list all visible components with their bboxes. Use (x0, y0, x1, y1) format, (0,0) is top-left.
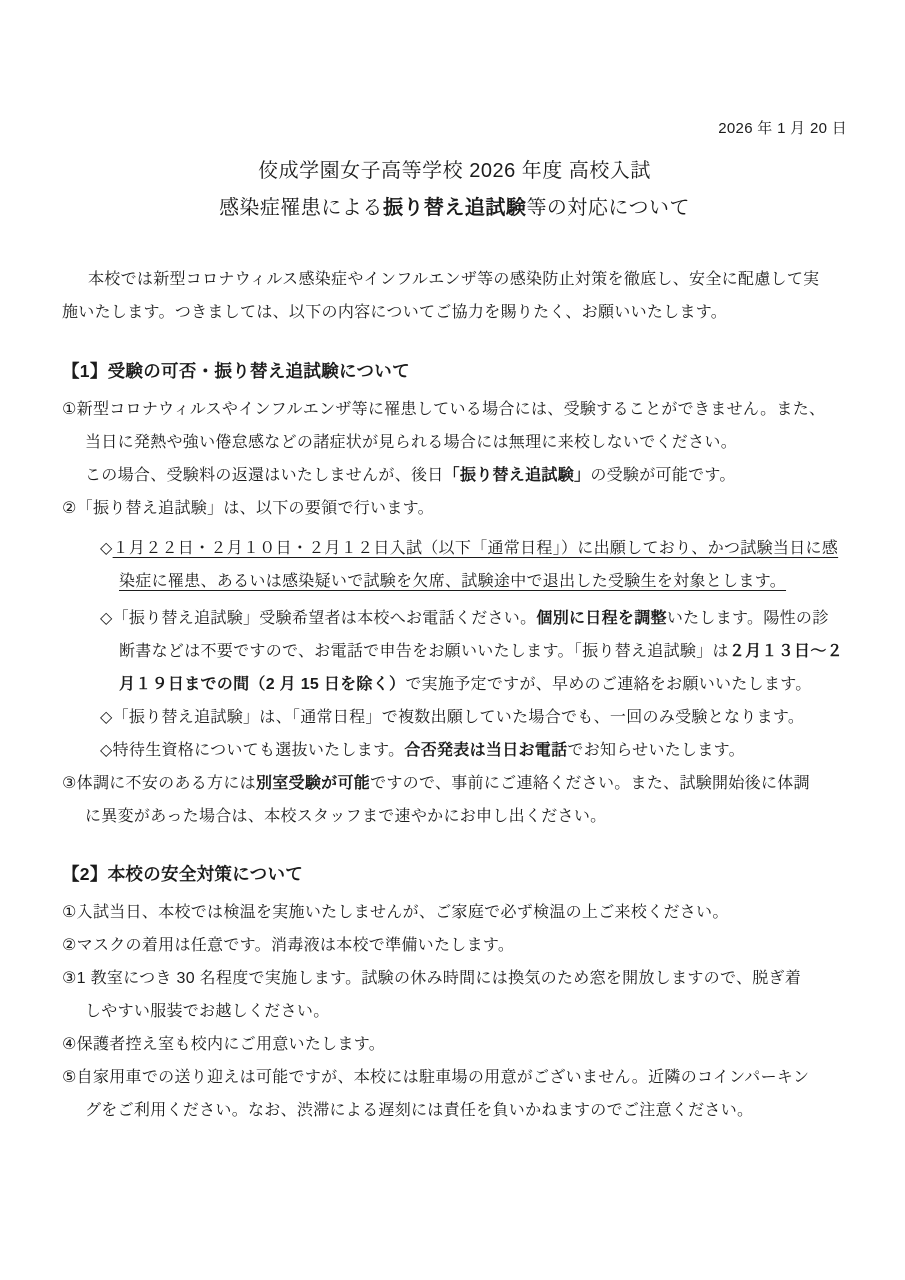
text-segment: この場合、受験料の返還はいたしませんが、後日 (85, 467, 444, 484)
text-segment: しやすい服装でお越しください。 (85, 1003, 330, 1020)
text-segment: ②マスクの着用は任意です。消毒液は本校で準備いたします。 (62, 937, 514, 954)
section-2-item-3-line: しやすい服装でお越しください。 (62, 995, 847, 1028)
text-segment: 【2】本校の安全対策について (62, 864, 303, 884)
text-segment: 振り替え追試験 (383, 197, 527, 219)
text-segment: ⑤自家用車での送り迎えは可能ですが、本校には駐車場の用意がございません。近隣のコ… (62, 1069, 809, 1086)
replacement-exam-application-line: 月１９日までの間（2 月 15 日を除く）で実施予定ですが、早めのご連絡をお願い… (62, 668, 847, 701)
text-segment: ですので、事前にご連絡ください。また、試験開始後に体調 (370, 775, 810, 792)
text-segment: に異変があった場合は、本校スタッフまで速やかにお申し出ください。 (85, 808, 606, 825)
document-page: 2026 年 1 月 20 日佼成学園女子高等学校 2026 年度 高校入試感染… (0, 0, 905, 1280)
intro-paragraph-line: 本校では新型コロナウィルス感染症やインフルエンザ等の感染防止対策を徹底し、安全に… (62, 263, 847, 296)
text-segment: ②「振り替え追試験」は、以下の要領で行います。 (62, 500, 434, 517)
text-segment: 施いたします。つきましては、以下の内容についてご協力を賜りたく、お願いいたします… (62, 304, 727, 321)
section-1-heading-line: 【1】受験の可否・振り替え追試験について (62, 355, 847, 388)
text-segment: ◇ (100, 540, 113, 557)
text-segment: ③体調に不安のある方には (62, 775, 256, 792)
section-1-item-2: ②「振り替え追試験」は、以下の要領で行います。 (62, 492, 847, 525)
text-segment: ◇特待生資格についても選抜いたします。 (100, 742, 404, 759)
replacement-exam-eligibility-line: ◇１月２２日・２月１０日・２月１２日入試（以下「通常日程」）に出願しており、かつ… (62, 532, 847, 565)
replacement-exam-eligibility-line: 染症に罹患、あるいは感染疑いで試験を欠席、試験途中で退出した受験生を対象とします… (62, 565, 847, 598)
text-segment: で実施予定ですが、早めのご連絡をお願いいたします。 (405, 676, 811, 693)
section-2-item-2: ②マスクの着用は任意です。消毒液は本校で準備いたします。 (62, 929, 847, 962)
text-segment: グをご利用ください。なお、渋滞による遅刻には責任を負いかねますのでご注意ください… (85, 1102, 753, 1119)
text-segment: 感染症罹患による (219, 197, 383, 219)
text-segment: 等の対応について (526, 197, 690, 219)
document-body: 2026 年 1 月 20 日佼成学園女子高等学校 2026 年度 高校入試感染… (62, 112, 847, 1127)
text-segment: 当日に発熱や強い倦怠感などの諸症状が見られる場合には無理に来校しないでください。 (85, 434, 737, 451)
text-segment: 断書などは不要ですので、お電話で申告をお願いいたします。「振り替え追試験」は (119, 643, 729, 660)
issue-date: 2026 年 1 月 20 日 (62, 112, 847, 145)
text-segment: の受験が可能です。 (590, 467, 735, 484)
text-segment: 「振り替え追試験」 (444, 467, 591, 484)
replacement-exam-application-line: 断書などは不要ですので、お電話で申告をお願いいたします。「振り替え追試験」は２月… (62, 635, 847, 668)
replacement-exam-once-only-line: ◇「振り替え追試験」は、「通常日程」で複数出願していた場合でも、一回のみ受験とな… (62, 701, 847, 734)
section-2-heading: 【2】本校の安全対策について (62, 858, 847, 891)
text-segment: ◇「振り替え追試験」受験希望者は本校へお電話ください。 (100, 610, 536, 627)
replacement-exam-application-line: ◇「振り替え追試験」受験希望者は本校へお電話ください。個別に日程を調整いたします… (62, 602, 847, 635)
section-1-item-1-line: この場合、受験料の返還はいたしませんが、後日「振り替え追試験」の受験が可能です。 (62, 459, 847, 492)
intro-paragraph-line: 施いたします。つきましては、以下の内容についてご協力を賜りたく、お願いいたします… (62, 296, 847, 329)
text-segment: ④保護者控え室も校内にご用意いたします。 (62, 1036, 385, 1053)
text-segment: いたします。陽性の診 (667, 610, 829, 627)
text-segment: ◇「振り替え追試験」は、「通常日程」で複数出願していた場合でも、一回のみ受験とな… (100, 709, 804, 726)
section-1-heading: 【1】受験の可否・振り替え追試験について (62, 355, 847, 388)
text-segment: ①新型コロナウィルスやインフルエンザ等に罹患している場合には、受験することができ… (62, 401, 825, 418)
section-2-heading-line: 【2】本校の安全対策について (62, 858, 847, 891)
section-2-item-5-line: ⑤自家用車での送り迎えは可能ですが、本校には駐車場の用意がございません。近隣のコ… (62, 1061, 847, 1094)
text-segment: 本校では新型コロナウィルス感染症やインフルエンザ等の感染防止対策を徹底し、安全に… (88, 271, 819, 288)
section-2-item-3-line: ③1 教室につき 30 名程度で実施します。試験の休み時間には換気のため窓を開放… (62, 962, 847, 995)
text-segment: 【1】受験の可否・振り替え追試験について (62, 361, 410, 381)
section-2-item-5: ⑤自家用車での送り迎えは可能ですが、本校には駐車場の用意がございません。近隣のコ… (62, 1061, 847, 1127)
text-segment: 染症に罹患、あるいは感染疑いで試験を欠席、試験途中で退出した受験生を対象とします… (119, 573, 786, 590)
section-2-item-4-line: ④保護者控え室も校内にご用意いたします。 (62, 1028, 847, 1061)
text-segment: 2026 年 1 月 20 日 (718, 120, 847, 137)
text-segment: ①入試当日、本校では検温を実施いたしませんが、ご家庭で必ず検温の上ご来校ください… (62, 904, 729, 921)
text-segment: 佼成学園女子高等学校 2026 年度 高校入試 (258, 160, 651, 182)
document-title-line: 感染症罹患による振り替え追試験等の対応について (62, 190, 847, 227)
section-2-item-4: ④保護者控え室も校内にご用意いたします。 (62, 1028, 847, 1061)
replacement-exam-once-only: ◇「振り替え追試験」は、「通常日程」で複数出願していた場合でも、一回のみ受験とな… (62, 701, 847, 734)
section-2-item-3: ③1 教室につき 30 名程度で実施します。試験の休み時間には換気のため窓を開放… (62, 962, 847, 1028)
text-segment: 別室受験が可能 (256, 775, 370, 792)
section-1-item-1: ①新型コロナウィルスやインフルエンザ等に罹患している場合には、受験することができ… (62, 393, 847, 492)
issue-date-line: 2026 年 1 月 20 日 (62, 112, 847, 145)
section-1-item-1-line: 当日に発熱や強い倦怠感などの諸症状が見られる場合には無理に来校しないでください。 (62, 426, 847, 459)
replacement-exam-eligibility: ◇１月２２日・２月１０日・２月１２日入試（以下「通常日程」）に出願しており、かつ… (62, 532, 847, 598)
text-segment: 合否発表は当日お電話 (404, 742, 567, 759)
replacement-exam-application: ◇「振り替え追試験」受験希望者は本校へお電話ください。個別に日程を調整いたします… (62, 602, 847, 701)
section-1-item-3: ③体調に不安のある方には別室受験が可能ですので、事前にご連絡ください。また、試験… (62, 767, 847, 833)
text-segment: 個別に日程を調整 (536, 610, 666, 627)
document-title-line: 佼成学園女子高等学校 2026 年度 高校入試 (62, 153, 847, 190)
intro-paragraph: 本校では新型コロナウィルス感染症やインフルエンザ等の感染防止対策を徹底し、安全に… (62, 263, 847, 329)
document-title: 佼成学園女子高等学校 2026 年度 高校入試感染症罹患による振り替え追試験等の… (62, 153, 847, 227)
text-segment: ③1 教室につき 30 名程度で実施します。試験の休み時間には換気のため窓を開放… (62, 970, 801, 987)
section-2-item-1: ①入試当日、本校では検温を実施いたしませんが、ご家庭で必ず検温の上ご来校ください… (62, 896, 847, 929)
text-segment: ２月１３日～２ (729, 643, 843, 660)
section-1-item-3-line: ③体調に不安のある方には別室受験が可能ですので、事前にご連絡ください。また、試験… (62, 767, 847, 800)
section-1-item-3-line: に異変があった場合は、本校スタッフまで速やかにお申し出ください。 (62, 800, 847, 833)
section-2-item-1-line: ①入試当日、本校では検温を実施いたしませんが、ご家庭で必ず検温の上ご来校ください… (62, 896, 847, 929)
section-1-item-2-line: ②「振り替え追試験」は、以下の要領で行います。 (62, 492, 847, 525)
text-segment: でお知らせいたします。 (567, 742, 745, 759)
section-2-item-2-line: ②マスクの着用は任意です。消毒液は本校で準備いたします。 (62, 929, 847, 962)
section-1-item-1-line: ①新型コロナウィルスやインフルエンザ等に罹患している場合には、受験することができ… (62, 393, 847, 426)
replacement-exam-results: ◇特待生資格についても選抜いたします。合否発表は当日お電話でお知らせいたします。 (62, 734, 847, 767)
replacement-exam-results-line: ◇特待生資格についても選抜いたします。合否発表は当日お電話でお知らせいたします。 (62, 734, 847, 767)
text-segment: 月１９日までの間（2 月 15 日を除く） (119, 676, 405, 693)
text-segment: １月２２日・２月１０日・２月１２日入試（以下「通常日程」）に出願しており、かつ試… (113, 540, 839, 557)
section-2-item-5-line: グをご利用ください。なお、渋滞による遅刻には責任を負いかねますのでご注意ください… (62, 1094, 847, 1127)
